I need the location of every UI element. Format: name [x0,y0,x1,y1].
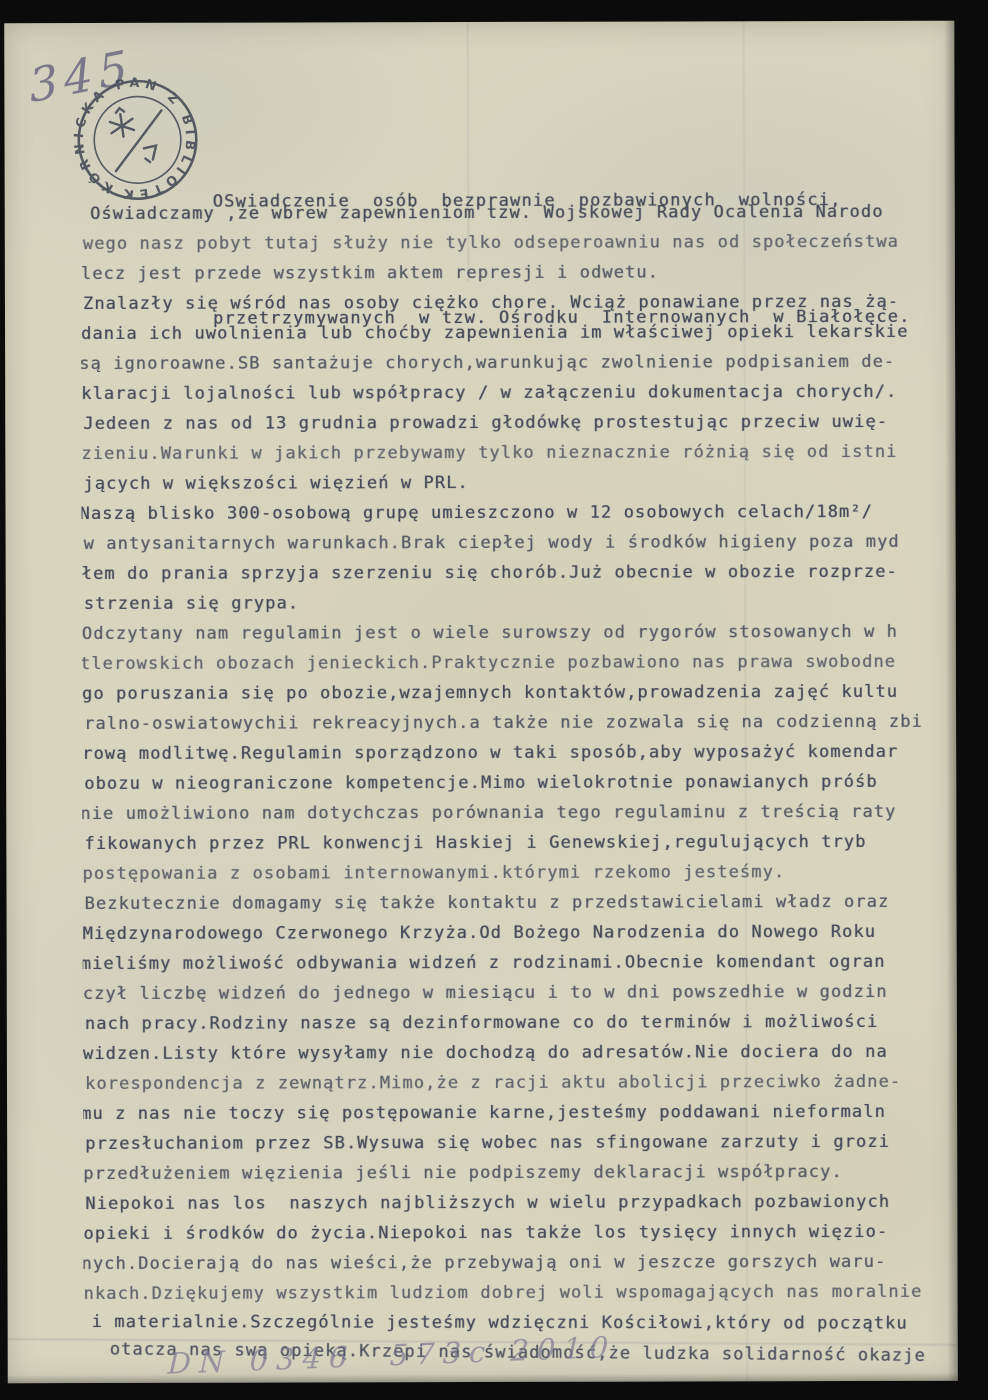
text-line: rową modlitwę.Regulamin sporządzono w ta… [82,737,982,769]
text-line: korespondencja z zewnątrz.Mimo,że z racj… [85,1067,984,1099]
stamp-circular-text: KÓRNICKA PAN Z BIBLIOTEKA [62,64,206,211]
text-line: strzenia się grypa. [84,587,984,619]
text-line: mu z nas nie toczy się postępowanie karn… [81,1097,981,1129]
text-line: klaracji lojalności lub współpracy / w z… [81,377,981,409]
text-line: ralno-oswiatowychii rekreacyjnych.a takż… [84,707,984,739]
library-stamp-icon: KÓRNICKA PAN Z BIBLIOTEKA [62,64,214,216]
text-line: dania ich uwolnienia lub choćby zapewnie… [81,317,981,349]
text-line: opieki i środków do życia.Niepokoi nas t… [83,1217,983,1249]
text-line: obozu w nieograniczone kompetencje.Mimo … [84,767,984,799]
text-line: Jedeen z nas od 13 grudnia prowadzi głod… [83,407,983,439]
text-line: przedłużeniem więzienia jeśli nie podpis… [83,1157,983,1189]
text-line: Odczytany nam regulamin jest o wiele sur… [82,617,982,649]
text-line: nie umożliwiono nam dotychczas porównani… [81,797,981,829]
document-body: Oświadczamy ,że wbrew zapewnieniom tzw. … [81,197,984,1369]
text-line: nach pracy.Rodziny nasze są dezinformowa… [85,1007,984,1039]
text-line: Naszą blisko 300-osobową grupę umieszczo… [81,497,980,529]
text-line: Niepokoi nas los naszych najbliższych w … [85,1187,983,1219]
text-line: widzen.Listy które wysyłamy nie dochodzą… [83,1037,983,1069]
text-line: Bezkutecznie domagamy się także kontaktu… [84,887,983,919]
text-line: nkach.Dziękujemy wszystkim ludziom dobre… [84,1277,984,1309]
text-line: zieniu.Warunki w jakich przebywamy tylko… [81,437,981,469]
text-line: są ignoroawne.SB santażuje chorych,warun… [81,347,979,379]
text-line: Oświadczamy ,że wbrew zapewnieniom tzw. … [81,197,979,229]
text-line: jących w większości więzień w PRL. [83,467,983,499]
text-line: wego nasz pobyt tutaj służy nie tylko od… [83,227,983,259]
paper-edge-shadow [8,1373,958,1383]
text-line: lecz jest przede wszystkim aktem represj… [81,257,981,289]
text-line: postępowania z osobami internowanymi.któ… [82,857,982,889]
text-line: fikowanych przez PRL konwencji Haskiej i… [84,827,983,859]
text-line: Znalazły się wśród nas osoby ciężko chor… [83,287,983,319]
text-line: mieliśmy możliwość odbywania widzeń z ro… [81,947,981,979]
document-page: 345 KÓRNICKA PAN Z BIBLIOTEKA OSwiadczen… [4,21,958,1383]
text-line: przesłuchaniom przez SB.Wysuwa się wobec… [85,1127,984,1159]
text-line: nych.Docierają do nas wieści,że przebywa… [81,1247,981,1279]
text-line: tlerowskich obozach jenieckich.Praktyczn… [81,647,980,679]
text-line: w antysanitarnych warunkach.Brak ciepłej… [84,527,984,559]
text-line: czył liczbę widzeń do jednego w miesiącu… [83,977,983,1009]
text-line: łem do prania sprzyja szerzeniu się chor… [82,557,982,589]
stamp-crest-icon [107,102,169,171]
text-line: go poruszania się po obozie,wzajemnych k… [82,677,982,709]
scan-background: { "document": { "kind": "typewritten arc… [0,0,988,1400]
text-line: Międzynarodowego Czerwonego Krzyża.Od Bo… [83,917,983,949]
